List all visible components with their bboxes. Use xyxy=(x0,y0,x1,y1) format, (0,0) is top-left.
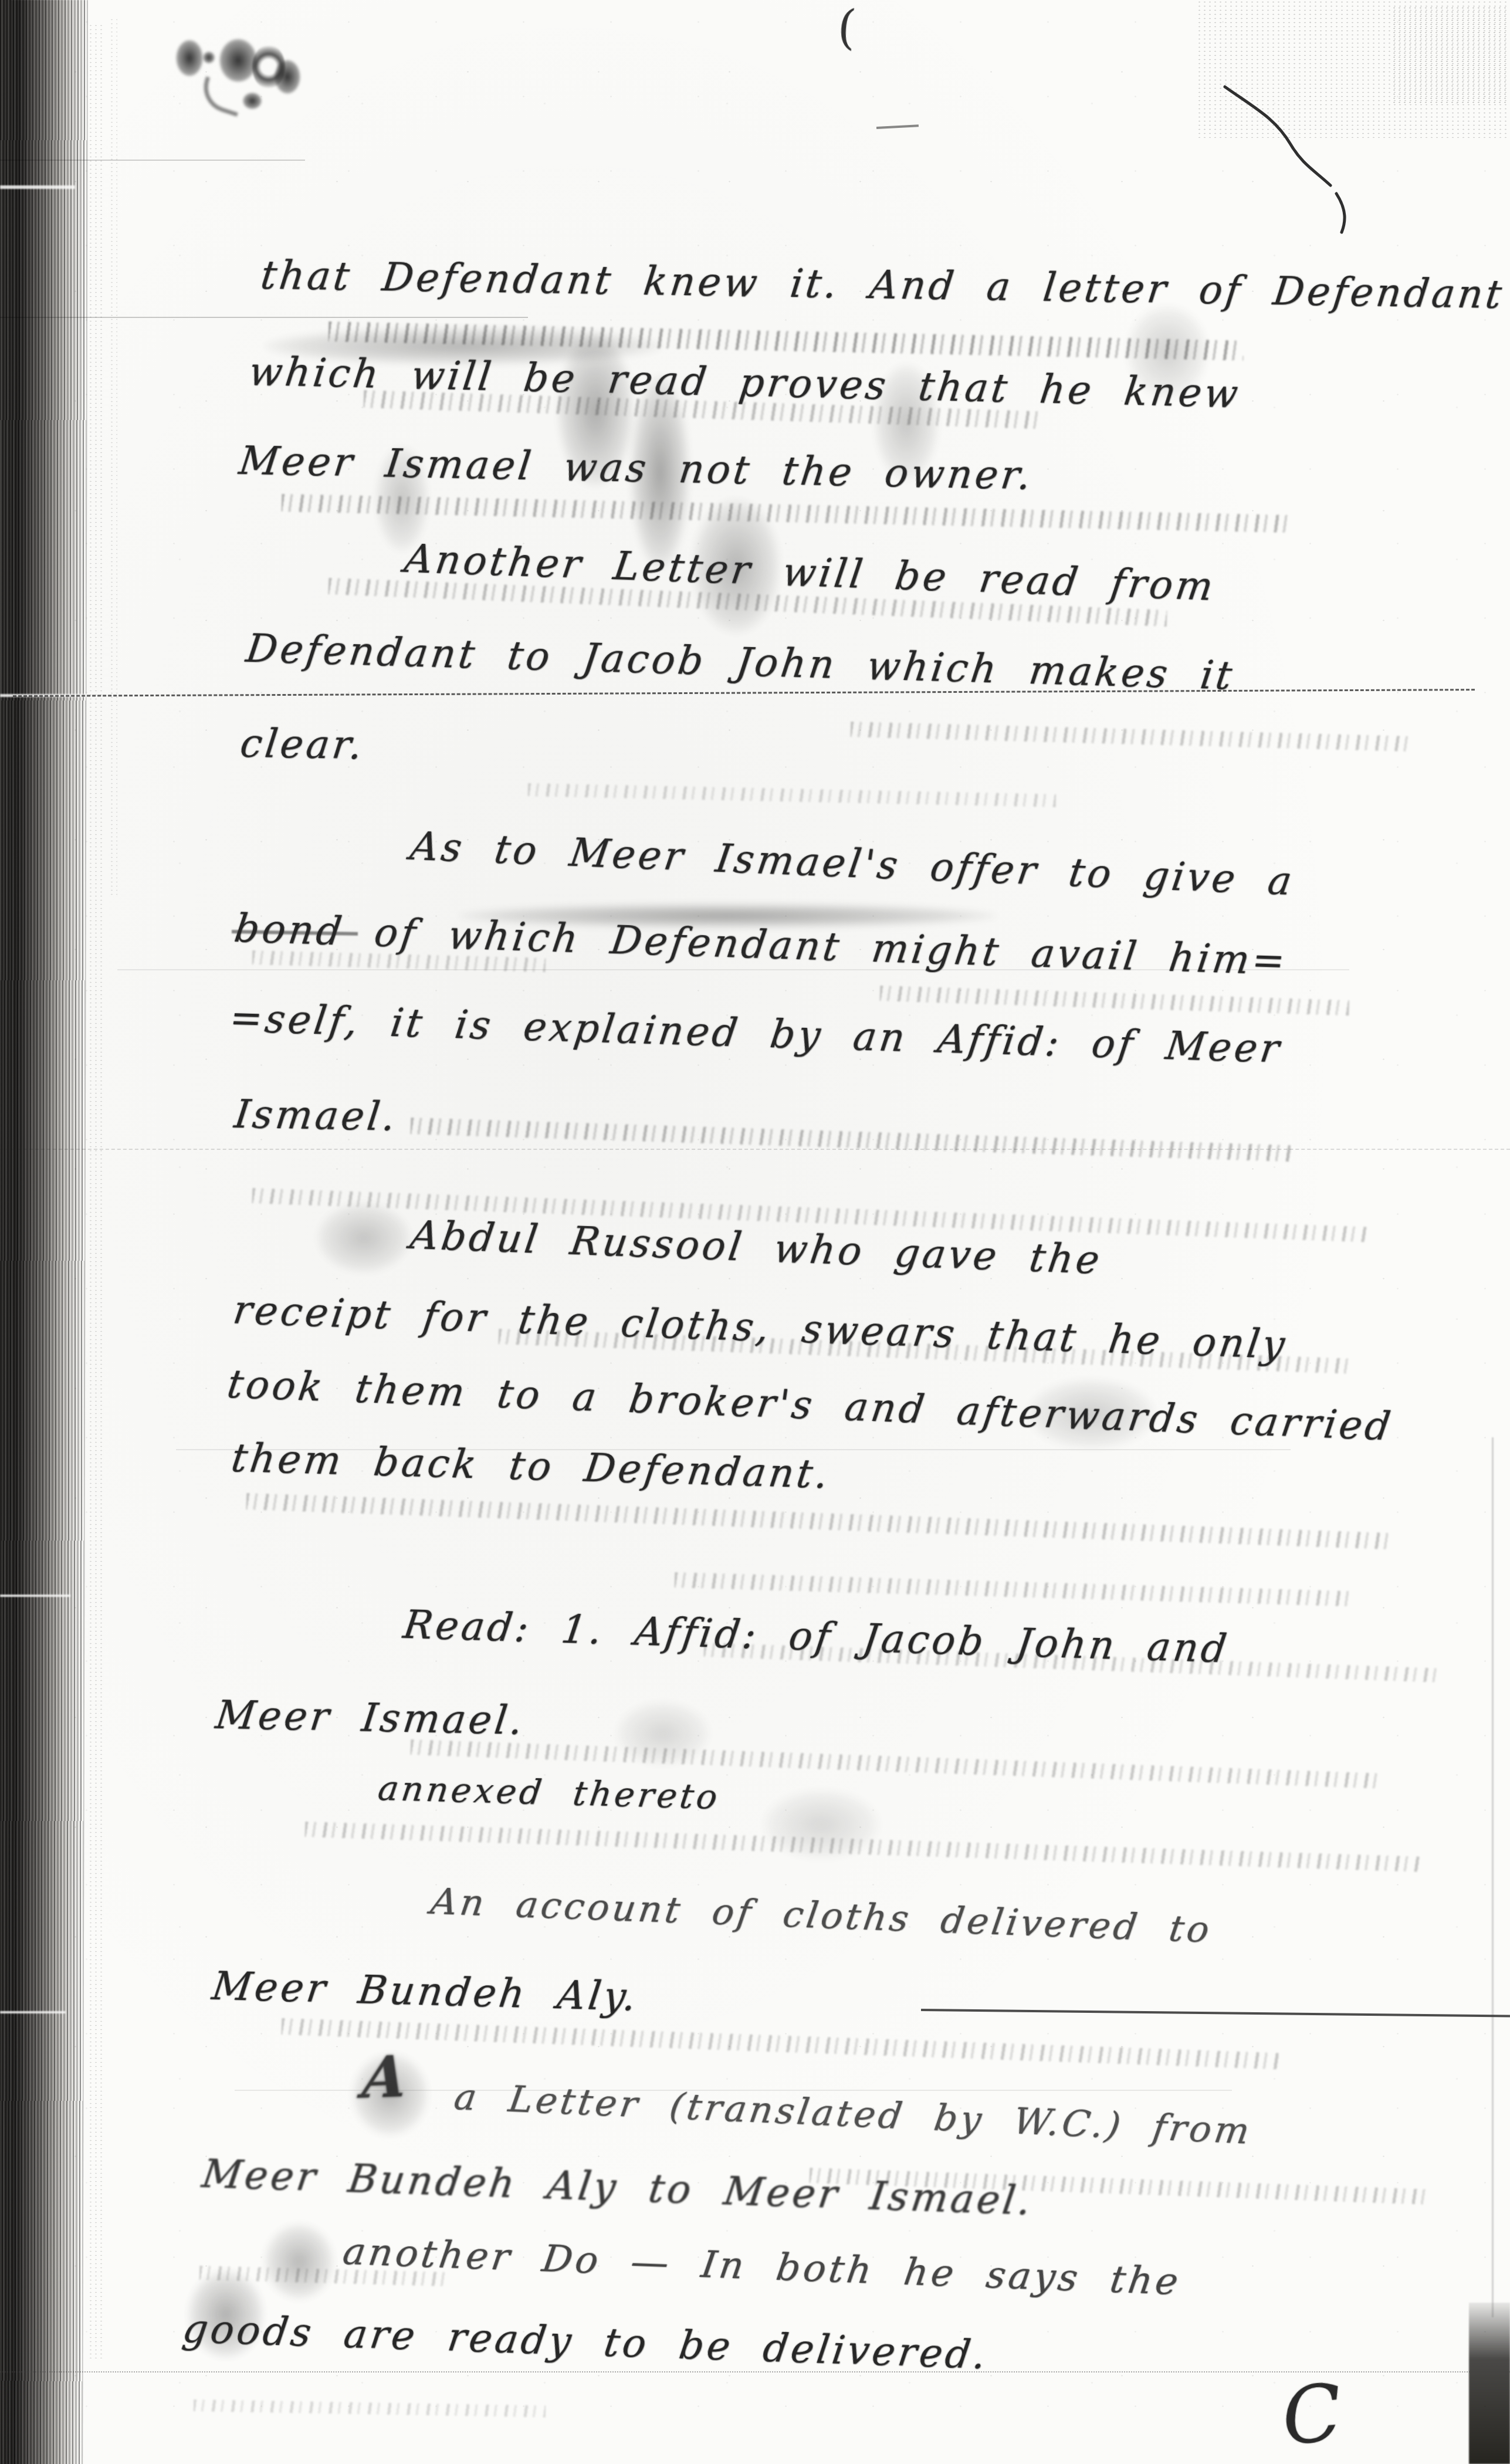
page-edge-line xyxy=(1492,1437,1494,2317)
scan-crease-mark xyxy=(1221,81,1374,239)
handwriting-line-p4l3: took them to a broker's and afterwards c… xyxy=(225,1362,1396,1449)
ink-smudge xyxy=(264,2223,334,2300)
binding-edge xyxy=(0,0,88,2464)
bleed-through-line xyxy=(411,1118,1291,1162)
paper-grain-corner xyxy=(1391,6,1509,106)
ink-blot-tail xyxy=(197,76,246,117)
binding-crease xyxy=(0,694,88,697)
paper-grain-column xyxy=(109,18,117,898)
manuscript-page: ( that Defendant knew it. And a letter o… xyxy=(0,0,1510,2464)
bleed-through-line xyxy=(194,2399,546,2417)
bleed-through-line xyxy=(282,494,1291,533)
handwriting-line-account: An account of cloths delivered to xyxy=(428,1880,1215,1951)
ink-blot-spot xyxy=(219,39,257,82)
bleed-through-line xyxy=(880,986,1349,1016)
bleed-through-line xyxy=(246,1493,1390,1549)
fold-line-dashed xyxy=(13,689,1475,697)
scan-artifact-paren: ( xyxy=(836,0,858,55)
handwriting-line-p3l1: As to Meer Ismael's offer to give a xyxy=(407,824,1297,904)
handwriting-line-p2l1: Another Letter will be read from xyxy=(402,537,1218,610)
handwriting-line-p2l2: Defendant to Jacob John which makes it xyxy=(243,627,1237,699)
handwriting-line-p3l4: Ismael. xyxy=(232,1092,400,1140)
handwriting-line-p5l2: Meer Ismael. xyxy=(213,1693,528,1744)
handwriting-line-p4l4: them back to Defendant. xyxy=(229,1436,834,1497)
bleed-through-line xyxy=(675,1572,1349,1606)
ink-blot-spot xyxy=(275,60,300,94)
handwriting-line-goods: goods are ready to be delivered. xyxy=(180,2307,991,2378)
ink-blot-spot xyxy=(243,93,262,109)
handwriting-line-bundeh2: Meer Bundeh Aly to Meer Ismael. xyxy=(199,2152,1037,2224)
bleed-through-line xyxy=(528,783,1056,807)
handwriting-line-p3l2: bond of which Defendant might avail him= xyxy=(232,906,1291,984)
fold-line xyxy=(0,1149,1510,1150)
handwriting-line-p4l2: receipt for the cloths, swears that he o… xyxy=(231,1288,1291,1368)
ink-blot-spot xyxy=(176,40,203,76)
binding-crease xyxy=(0,2011,66,2013)
rule-line xyxy=(921,2009,1510,2018)
handwriting-line-annex: annexed thereto xyxy=(376,1769,723,1817)
bleed-through-line xyxy=(305,1822,1420,1872)
handwriting-line-p1l3: Meer Ismael was not the owner. xyxy=(236,439,1036,499)
handwriting-line-exhibit_a: A xyxy=(360,2045,411,2111)
handwriting-line-p2l3: clear. xyxy=(238,722,367,768)
bleed-through-line xyxy=(282,2018,1279,2069)
paper-grain-column xyxy=(88,23,104,2358)
handwriting-line-p1l2: which will be read proves that he knew xyxy=(246,350,1243,417)
corner-letter: C xyxy=(1278,2368,1345,2463)
handwriting-line-p4l1: Abdul Russool who gave the xyxy=(408,1213,1105,1283)
handwriting-line-p5l1: Read: 1. Affid: of Jacob John and xyxy=(401,1603,1232,1671)
page-edge-shadow xyxy=(1469,2303,1510,2464)
ink-smudge xyxy=(616,1701,710,1766)
ink-smudge xyxy=(763,1789,880,1860)
binding-crease xyxy=(0,1595,70,1597)
handwriting-line-p3l3: =self, it is explained by an Affid: of M… xyxy=(227,996,1285,1072)
binding-crease xyxy=(0,185,75,189)
ink-blot-spot xyxy=(203,52,215,63)
handwriting-line-letter: a Letter (translated by W.C.) from xyxy=(452,2076,1255,2152)
handwriting-line-bundeh1: Meer Bundeh Aly. xyxy=(209,1964,642,2020)
bleed-through-line xyxy=(851,722,1408,752)
scan-artifact-dash xyxy=(876,124,919,129)
handwriting-line-another: another Do — In both he says the xyxy=(340,2231,1184,2304)
handwriting-line-p1l1: that Defendant knew it. And a letter of … xyxy=(258,253,1506,317)
ink-smudge xyxy=(317,1203,411,1273)
